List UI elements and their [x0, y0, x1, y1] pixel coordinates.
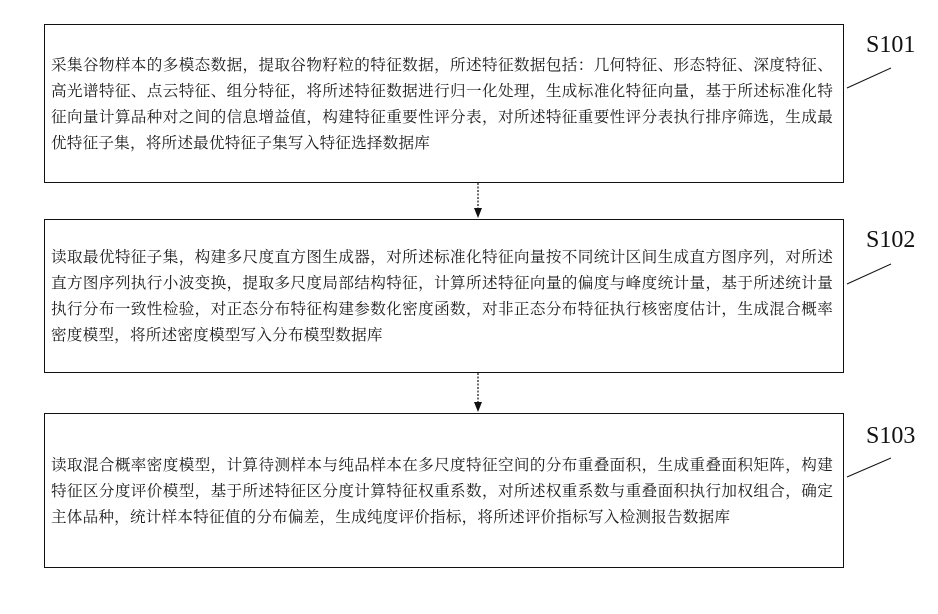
leader-line-s102: [847, 264, 891, 284]
connectors: [0, 0, 938, 614]
arrow-s101-to-s102: [474, 183, 482, 218]
leader-line-s101: [847, 68, 891, 88]
leader-line-s103: [847, 458, 891, 477]
arrow-s102-to-s103: [474, 373, 482, 412]
